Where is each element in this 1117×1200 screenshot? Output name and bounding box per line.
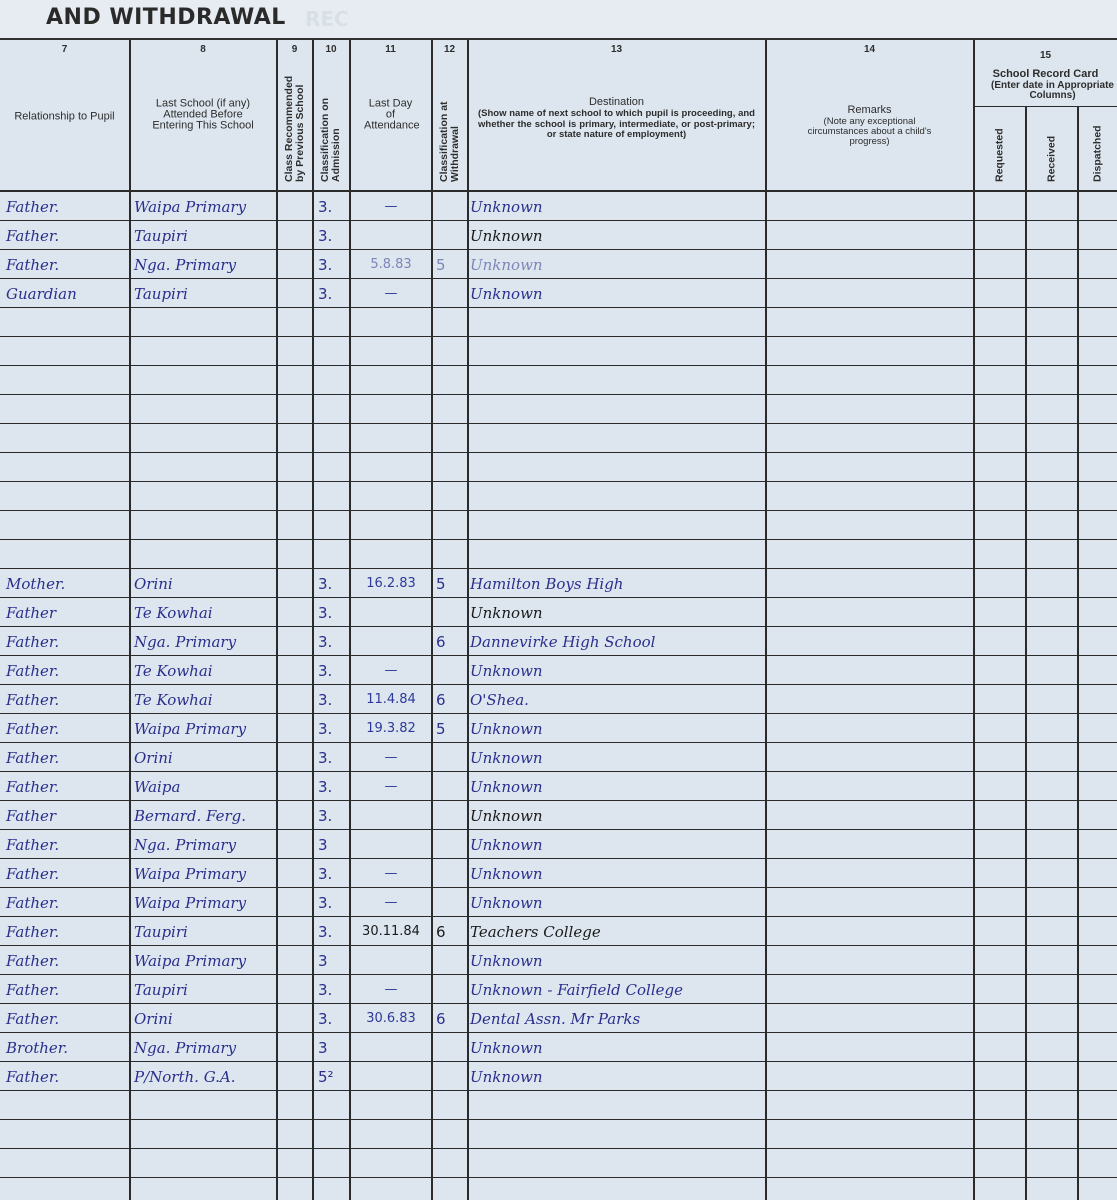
cell-last-day [352,453,430,481]
cell-class-admission: 3. [318,627,332,655]
cell-destination: Unknown [470,888,543,916]
cell-class-withdrawal: 6 [436,627,446,655]
cell-last-day [352,221,430,249]
cell-last-school: Orini [134,1004,173,1032]
cell-class-admission: 3. [318,685,332,713]
cell-last-day [352,830,430,858]
cell-destination: Hamilton Boys High [470,569,623,597]
cell-last-school: Nga. Primary [134,830,236,858]
header-remarks: 14 Remarks (Note any exceptional circums… [766,40,973,190]
table-row [0,395,1117,424]
cell-last-day [352,1091,430,1119]
cell-relationship: Father [6,598,56,626]
cell-last-day: — [352,656,430,684]
table-row: Father.Nga. Primary3Unknown [0,830,1117,859]
cell-relationship: Father. [6,946,59,974]
table-row: Father.Waipa Primary3.—Unknown [0,888,1117,917]
column-label: Last Day of Attendance [352,99,429,132]
cell-class-admission: 3. [318,250,332,278]
page-title: AND WITHDRAWAL [46,5,286,30]
table-row: Father.Waipa3.—Unknown [0,772,1117,801]
cell-last-school: Taupiri [134,221,188,249]
column-number: 9 [277,44,312,55]
cell-relationship: Guardian [6,279,77,307]
withdrawal-register-table: 7 Relationship to Pupil 8 Last School (i… [0,38,1117,1200]
cell-last-school: Taupiri [134,975,188,1003]
cell-last-day [352,395,430,423]
cell-last-school: P/North. G.A. [134,1062,236,1090]
cell-relationship: Father. [6,743,59,771]
cell-relationship: Mother. [6,569,65,597]
cell-relationship: Father. [6,975,59,1003]
cell-relationship: Father. [6,192,59,220]
cell-destination: Unknown [470,772,543,800]
cell-relationship: Father. [6,714,59,742]
table-row: Father.P/North. G.A.5²Unknown [0,1062,1117,1091]
cell-destination: Unknown [470,830,543,858]
cell-last-school: Waipa Primary [134,714,246,742]
header-class-recommended: 9 Class Recommended by Previous School [277,40,312,190]
table-row: Father.Nga. Primary3.6Dannevirke High Sc… [0,627,1117,656]
column-sublabel: (Enter date in Appropriate Columns) [988,81,1117,101]
cell-destination: Dannevirke High School [470,627,655,655]
cell-last-day: 11.4.84 [352,685,430,713]
header-last-day: 11 Last Day of Attendance [350,40,431,190]
table-row: FatherBernard. Ferg.3.Unknown [0,801,1117,830]
cell-relationship: Father. [6,888,59,916]
column-number: 15 [974,50,1117,61]
cell-last-day [352,1120,430,1148]
cell-last-day: — [352,279,430,307]
cell-relationship: Father. [6,250,59,278]
cell-class-admission: 3 [318,946,328,974]
cell-last-school: Nga. Primary [134,250,236,278]
cell-class-admission: 3. [318,888,332,916]
cell-last-day [352,482,430,510]
cell-destination: Unknown [470,598,543,626]
column-number: 13 [468,44,765,55]
cell-relationship: Father. [6,1062,59,1090]
cell-destination: Unknown [470,743,543,771]
table-row: Father.Orini3.—Unknown [0,743,1117,772]
cell-class-withdrawal: 6 [436,917,446,945]
cell-relationship: Brother. [6,1033,68,1061]
table-row: Mother.Orini3.16.2.835Hamilton Boys High [0,569,1117,598]
table-row [0,1149,1117,1178]
cell-class-admission: 3. [318,279,332,307]
cell-last-day: 30.11.84 [352,917,430,945]
cell-last-day: 19.3.82 [352,714,430,742]
table-row: Father.Waipa Primary3.—Unknown [0,859,1117,888]
cell-last-school: Taupiri [134,917,188,945]
column-label: Remarks [766,104,973,116]
cell-class-admission: 3. [318,192,332,220]
cell-class-admission: 3. [318,743,332,771]
table-row [0,424,1117,453]
cell-relationship: Father. [6,772,59,800]
table-row: Brother.Nga. Primary3Unknown [0,1033,1117,1062]
cell-relationship: Father. [6,627,59,655]
table-row [0,1091,1117,1120]
cell-last-day [352,627,430,655]
cell-relationship: Father. [6,1004,59,1032]
table-row: Father.Te Kowhai3.—Unknown [0,656,1117,685]
cell-destination: Unknown [470,801,543,829]
cell-relationship: Father. [6,656,59,684]
column-number: 11 [350,44,431,55]
table-row: FatherTe Kowhai3.Unknown [0,598,1117,627]
table-row: Father.Nga. Primary3.5.8.835Unknown [0,250,1117,279]
column-label: School Record Card [974,68,1117,80]
column-number: 12 [432,44,467,55]
column-label: Class Recommended by Previous School [284,62,306,182]
cell-destination: Unknown [470,714,543,742]
header-last-school: 8 Last School (if any) Attended Before E… [130,40,276,190]
cell-last-school: Orini [134,743,173,771]
table-row: Father.Orini3.30.6.836Dental Assn. Mr Pa… [0,1004,1117,1033]
cell-last-day [352,424,430,452]
cell-class-withdrawal: 5 [436,250,446,278]
cell-last-day [352,1149,430,1177]
column-number: 10 [313,44,349,55]
cell-destination: Unknown [470,1033,543,1061]
cell-last-day [352,511,430,539]
cell-class-admission: 3. [318,714,332,742]
cell-destination: Unknown - Fairfield College [470,975,683,1003]
cell-destination: Unknown [470,192,543,220]
table-row [0,453,1117,482]
table-row [0,1120,1117,1149]
column-label: Last School (if any) Attended Before Ent… [132,99,274,132]
cell-class-admission: 3. [318,772,332,800]
cell-class-admission: 3. [318,569,332,597]
cell-last-school: Taupiri [134,279,188,307]
cell-class-admission: 3. [318,917,332,945]
cell-last-school: Waipa Primary [134,888,246,916]
table-row [0,337,1117,366]
cell-class-admission: 3 [318,1033,328,1061]
table-row: Father.Te Kowhai3.11.4.846O'Shea. [0,685,1117,714]
cell-last-day [352,598,430,626]
cell-last-school: Te Kowhai [134,598,213,626]
table-row: Father.Taupiri3.—Unknown - Fairfield Col… [0,975,1117,1004]
cell-destination: Unknown [470,656,543,684]
cell-relationship: Father. [6,830,59,858]
cell-class-admission: 3. [318,1004,332,1032]
table-row [0,540,1117,569]
cell-class-admission: 3. [318,598,332,626]
cell-last-day: — [352,859,430,887]
cell-last-day: 30.6.83 [352,1004,430,1032]
column-label: Relationship to Pupil [2,112,127,123]
table-row: Father.Taupiri3.30.11.846Teachers Colleg… [0,917,1117,946]
cell-class-withdrawal: 5 [436,569,446,597]
column-label: Destination [468,96,765,108]
cell-last-day [352,1062,430,1090]
cell-last-day: — [352,888,430,916]
cell-last-day: — [352,772,430,800]
cell-last-school: Bernard. Ferg. [134,801,246,829]
header-dispatched: Dispatched [1078,106,1117,190]
cell-destination: Unknown [470,250,543,278]
column-label: Received [1046,136,1057,182]
cell-last-school: Waipa Primary [134,859,246,887]
column-number: 14 [766,44,973,55]
table-row [0,366,1117,395]
cell-destination: Unknown [470,859,543,887]
cell-last-day [352,1033,430,1061]
table-row: Father.Taupiri3.Unknown [0,221,1117,250]
cell-class-withdrawal: 6 [436,1004,446,1032]
cell-last-school: Waipa Primary [134,192,246,220]
table-row [0,511,1117,540]
header-requested: Requested [974,106,1025,190]
cell-destination: O'Shea. [470,685,529,713]
header-destination: 13 Destination (Show name of next school… [468,40,765,190]
table-body: Father.Waipa Primary3.—UnknownFather.Tau… [0,192,1117,1178]
cell-class-admission: 3. [318,221,332,249]
cell-last-school: Waipa [134,772,180,800]
cell-class-admission: 3. [318,656,332,684]
cell-last-school: Waipa Primary [134,946,246,974]
cell-last-day [352,801,430,829]
cell-last-day [352,366,430,394]
cell-destination: Unknown [470,1062,543,1090]
column-sublabel: (Note any exceptional circumstances abou… [806,117,933,147]
cell-relationship: Father [6,801,56,829]
header-received: Received [1026,106,1077,190]
table-row: GuardianTaupiri3.—Unknown [0,279,1117,308]
cell-last-day [352,308,430,336]
cell-last-day: 16.2.83 [352,569,430,597]
cell-destination: Unknown [470,946,543,974]
column-number: 8 [130,44,276,55]
cell-class-admission: 3. [318,975,332,1003]
header-relationship: 7 Relationship to Pupil [0,40,129,190]
cell-destination: Teachers College [470,917,601,945]
faded-heading-text: REC [305,7,349,31]
header-class-admission: 10 Classification on Admission [313,40,349,190]
cell-class-admission: 3 [318,830,328,858]
table-row: Father.Waipa Primary3.19.3.825Unknown [0,714,1117,743]
cell-relationship: Father. [6,859,59,887]
cell-relationship: Father. [6,917,59,945]
cell-last-school: Orini [134,569,173,597]
table-row [0,308,1117,337]
table-row: Father.Waipa Primary3Unknown [0,946,1117,975]
column-label: Classification at Withdrawal [439,87,461,182]
cell-last-school: Nga. Primary [134,1033,236,1061]
cell-relationship: Father. [6,221,59,249]
column-label: Classification on Admission [320,87,342,182]
cell-class-withdrawal: 5 [436,714,446,742]
cell-relationship: Father. [6,685,59,713]
cell-last-school: Te Kowhai [134,656,213,684]
cell-last-school: Te Kowhai [134,685,213,713]
column-label: Dispatched [1092,125,1103,182]
cell-destination: Dental Assn. Mr Parks [470,1004,640,1032]
cell-destination: Unknown [470,221,543,249]
column-number: 7 [0,44,129,55]
table-row [0,482,1117,511]
cell-last-day: — [352,743,430,771]
cell-class-admission: 3. [318,859,332,887]
cell-class-admission: 3. [318,801,332,829]
table-row: Father.Waipa Primary3.—Unknown [0,192,1117,221]
cell-last-school: Nga. Primary [134,627,236,655]
cell-last-day [352,337,430,365]
column-sublabel: (Show name of next school to which pupil… [478,109,755,141]
header-class-withdrawal: 12 Classification at Withdrawal [432,40,467,190]
cell-last-day [352,946,430,974]
column-label: Requested [994,128,1005,182]
cell-class-admission: 5² [318,1062,334,1090]
cell-destination: Unknown [470,279,543,307]
cell-last-day [352,540,430,568]
cell-last-day: — [352,975,430,1003]
cell-class-withdrawal: 6 [436,685,446,713]
cell-last-day: 5.8.83 [352,250,430,278]
cell-last-day: — [352,192,430,220]
